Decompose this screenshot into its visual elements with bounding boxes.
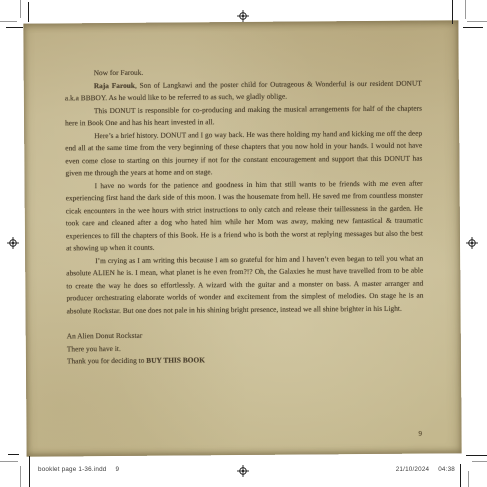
crop-mark (20, 0, 21, 18)
text-segment: I have no words for the patience and goo… (66, 178, 423, 252)
closing-lines: An Alien Donut RockstarThere you have it… (67, 328, 424, 368)
text-segment: There you have it. (67, 343, 121, 352)
crop-mark (8, 454, 19, 455)
paragraph: This DONUT is responsible for co-produci… (65, 102, 422, 130)
crop-mark (467, 21, 487, 22)
text-segment: Here’s a brief history. DONUT and I go w… (65, 128, 422, 177)
slug-filename: booklet page 1-36.indd (38, 466, 106, 473)
slug-filename-line: booklet page 1-36.indd9 (38, 466, 119, 473)
body-paragraphs: Now for Farouk.Raja Farouk, Son of Langk… (65, 65, 424, 318)
text-segment: Now for Farouk. (94, 68, 144, 77)
slug-time: 04:38 (438, 466, 455, 473)
crop-mark (20, 466, 21, 487)
slug-date: 21/10/2024 (396, 466, 430, 473)
crop-mark (468, 471, 469, 487)
paragraph: I’m crying as I am writing this because … (66, 252, 423, 317)
registration-mark-icon (466, 237, 478, 249)
text-segment: An Alien Donut Rockstar (67, 331, 143, 341)
crop-mark (0, 461, 18, 462)
paragraph: Here’s a brief history. DONUT and I go w… (65, 127, 422, 180)
paragraph: Raja Farouk, Son of Langkawi and the pos… (65, 77, 422, 105)
page-text: Now for Farouk.Raja Farouk, Son of Langk… (65, 65, 424, 368)
text-segment: I’m crying as I am writing this because … (66, 253, 423, 315)
slug-page-ref: 9 (115, 466, 119, 473)
paragraph: I have no words for the patience and goo… (66, 177, 424, 255)
bold-text: Raja Farouk (94, 80, 135, 89)
registration-mark-icon (237, 10, 249, 22)
crop-mark (0, 21, 17, 22)
slug-datetime: 21/10/202404:38 (396, 466, 455, 473)
crop-mark (6, 27, 23, 28)
crop-mark (29, 456, 30, 487)
crop-mark (472, 461, 487, 462)
page-number: 9 (419, 430, 423, 438)
crop-mark (463, 27, 483, 28)
registration-mark-icon (7, 237, 19, 249)
closing-line: Thank you for deciding to BUY THIS BOOK (67, 353, 424, 368)
crop-mark (28, 2, 29, 22)
print-proof-canvas: Now for Farouk.Raja Farouk, Son of Langk… (0, 0, 487, 487)
bold-text: BUY THIS BOOK (146, 355, 205, 364)
book-page: Now for Farouk.Raja Farouk, Son of Langk… (23, 20, 461, 456)
registration-mark-icon (237, 465, 249, 477)
crop-mark (466, 455, 487, 456)
crop-mark (452, 0, 453, 24)
text-segment: This DONUT is responsible for co-produci… (65, 103, 422, 127)
text-segment: Thank you for deciding to (67, 356, 146, 366)
crop-mark (465, 0, 466, 19)
crop-mark (460, 464, 461, 487)
